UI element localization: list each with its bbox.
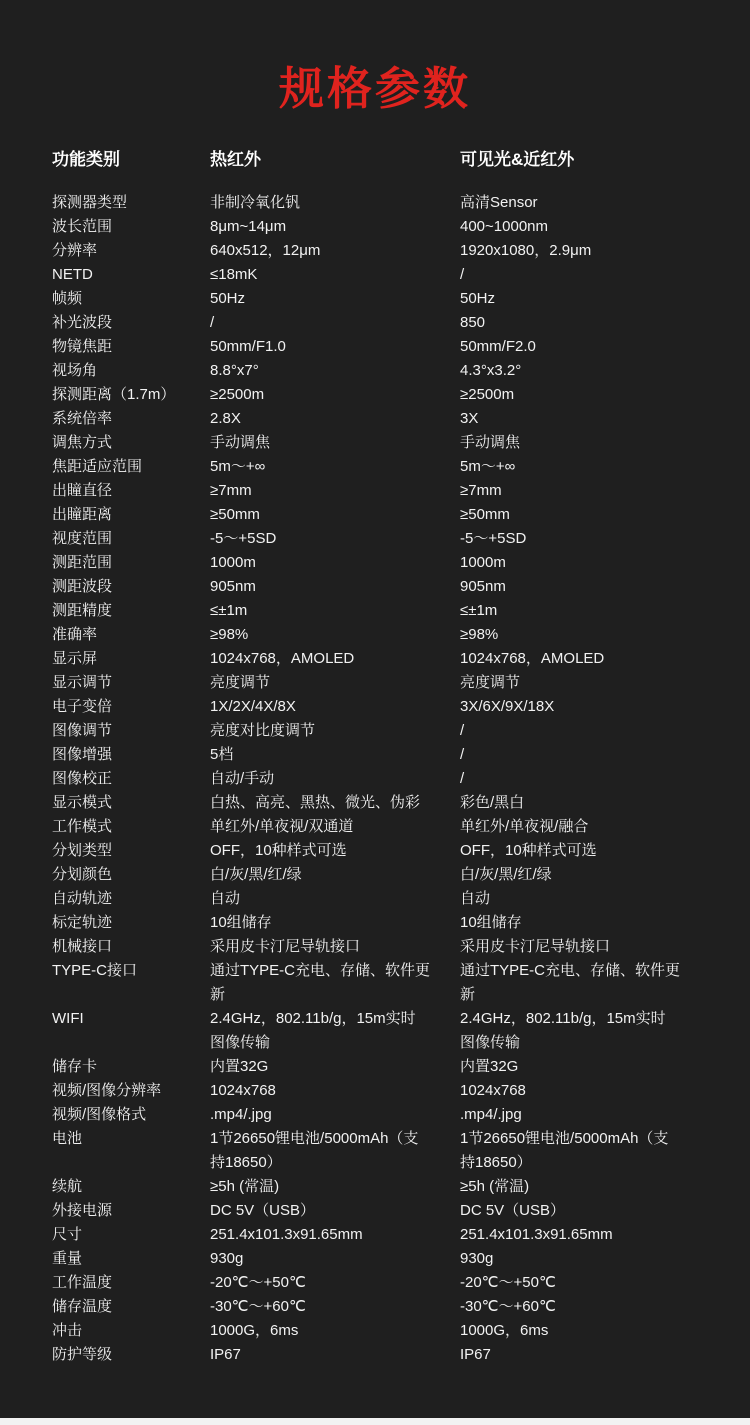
spec-value-visible: 3X/6X/9X/18X bbox=[460, 695, 724, 719]
spec-row: TYPE-C接口 通过TYPE-C充电、存储、软件更 新 通过TYPE-C充电、… bbox=[52, 959, 724, 1007]
spec-label: TYPE-C接口 bbox=[52, 959, 210, 1007]
spec-value-thermal: ≥7mm bbox=[210, 479, 460, 503]
spec-value-thermal: 通过TYPE-C充电、存储、软件更 新 bbox=[210, 959, 460, 1007]
spec-label: 显示屏 bbox=[52, 647, 210, 671]
spec-value-visible: ≥98% bbox=[460, 623, 724, 647]
spec-value-thermal: 2.8X bbox=[210, 407, 460, 431]
spec-value-visible: ≥7mm bbox=[460, 479, 724, 503]
spec-value-thermal: ≤18mK bbox=[210, 263, 460, 287]
spec-row: 工作温度 -20℃～+50℃ -20℃～+50℃ bbox=[52, 1271, 724, 1295]
spec-value-visible: 905nm bbox=[460, 575, 724, 599]
spec-label: WIFI bbox=[52, 1007, 210, 1055]
spec-label: 工作模式 bbox=[52, 815, 210, 839]
spec-label: 焦距适应范围 bbox=[52, 455, 210, 479]
spec-row: 显示调节 亮度调节 亮度调节 bbox=[52, 671, 724, 695]
spec-row: WIFI 2.4GHz，802.11b/g，15m实时 图像传输 2.4GHz，… bbox=[52, 1007, 724, 1055]
spec-value-visible: 5m～+∞ bbox=[460, 455, 724, 479]
spec-value-visible: IP67 bbox=[460, 1343, 724, 1367]
spec-label: 冲击 bbox=[52, 1319, 210, 1343]
spec-label: 电子变倍 bbox=[52, 695, 210, 719]
spec-label: 系统倍率 bbox=[52, 407, 210, 431]
spec-label: 图像增强 bbox=[52, 743, 210, 767]
spec-value-visible: 1000m bbox=[460, 551, 724, 575]
spec-row: 储存卡 内置32G 内置32G bbox=[52, 1055, 724, 1079]
spec-value-visible: / bbox=[460, 263, 724, 287]
spec-value-thermal: 930g bbox=[210, 1247, 460, 1271]
spec-row: 分辨率 640x512，12μm 1920x1080，2.9μm bbox=[52, 239, 724, 263]
spec-value-visible: 手动调焦 bbox=[460, 431, 724, 455]
spec-value-thermal: ≥2500m bbox=[210, 383, 460, 407]
spec-label: 机械接口 bbox=[52, 935, 210, 959]
spec-value-thermal: 采用皮卡汀尼导轨接口 bbox=[210, 935, 460, 959]
spec-value-visible: 3X bbox=[460, 407, 724, 431]
spec-label: NETD bbox=[52, 263, 210, 287]
spec-label: 图像校正 bbox=[52, 767, 210, 791]
spec-row: 储存温度 -30℃～+60℃ -30℃～+60℃ bbox=[52, 1295, 724, 1319]
spec-value-thermal: ≥98% bbox=[210, 623, 460, 647]
spec-value-visible: 1000G，6ms bbox=[460, 1319, 724, 1343]
spec-row: 外接电源 DC 5V（USB） DC 5V（USB） bbox=[52, 1199, 724, 1223]
spec-label: 重量 bbox=[52, 1247, 210, 1271]
spec-row: 电子变倍 1X/2X/4X/8X 3X/6X/9X/18X bbox=[52, 695, 724, 719]
spec-value-visible: 高清Sensor bbox=[460, 191, 724, 215]
spec-row: 自动轨迹 自动 自动 bbox=[52, 887, 724, 911]
column-header-thermal: 热红外 bbox=[210, 148, 460, 172]
spec-value-thermal: OFF，10种样式可选 bbox=[210, 839, 460, 863]
spec-value-thermal: 5档 bbox=[210, 743, 460, 767]
spec-value-visible: 1024x768，AMOLED bbox=[460, 647, 724, 671]
spec-value-thermal: 50mm/F1.0 bbox=[210, 335, 460, 359]
spec-value-thermal: 非制冷氧化钒 bbox=[210, 191, 460, 215]
spec-label: 探测器类型 bbox=[52, 191, 210, 215]
spec-row: 探测距离（1.7m） ≥2500m ≥2500m bbox=[52, 383, 724, 407]
spec-row: 测距范围 1000m 1000m bbox=[52, 551, 724, 575]
spec-value-thermal: ≥5h (常温) bbox=[210, 1175, 460, 1199]
spec-value-thermal: 1024x768，AMOLED bbox=[210, 647, 460, 671]
spec-value-thermal: / bbox=[210, 311, 460, 335]
spec-value-visible: ≥50mm bbox=[460, 503, 724, 527]
spec-label: 视频/图像分辨率 bbox=[52, 1079, 210, 1103]
spec-label: 储存卡 bbox=[52, 1055, 210, 1079]
spec-row: 分划颜色 白/灰/黑/红/绿 白/灰/黑/红/绿 bbox=[52, 863, 724, 887]
column-header-visible: 可见光&近红外 bbox=[460, 148, 724, 172]
spec-value-thermal: ≤±1m bbox=[210, 599, 460, 623]
spec-row: 机械接口 采用皮卡汀尼导轨接口 采用皮卡汀尼导轨接口 bbox=[52, 935, 724, 959]
spec-row: 视频/图像分辨率 1024x768 1024x768 bbox=[52, 1079, 724, 1103]
column-header-category: 功能类别 bbox=[52, 148, 210, 172]
spec-value-visible: -30℃～+60℃ bbox=[460, 1295, 724, 1319]
spec-row: 工作模式 单红外/单夜视/双通道 单红外/单夜视/融合 bbox=[52, 815, 724, 839]
spec-label: 分辨率 bbox=[52, 239, 210, 263]
spec-row: 视度范围 -5～+5SD -5～+5SD bbox=[52, 527, 724, 551]
spec-value-visible: OFF，10种样式可选 bbox=[460, 839, 724, 863]
spec-row: 探测器类型 非制冷氧化钒 高清Sensor bbox=[52, 191, 724, 215]
spec-row: 尺寸 251.4x101.3x91.65mm 251.4x101.3x91.65… bbox=[52, 1223, 724, 1247]
spec-value-visible: 1节26650锂电池/5000mAh（支 持18650） bbox=[460, 1127, 724, 1175]
spec-page: 规格参数 功能类别 热红外 可见光&近红外 探测器类型 非制冷氧化钒 高清Sen… bbox=[0, 0, 750, 1367]
spec-value-visible: 850 bbox=[460, 311, 724, 335]
spec-value-thermal: .mp4/.jpg bbox=[210, 1103, 460, 1127]
spec-row: 视场角 8.8°x7° 4.3°x3.2° bbox=[52, 359, 724, 383]
spec-row: 准确率 ≥98% ≥98% bbox=[52, 623, 724, 647]
spec-value-thermal: 手动调焦 bbox=[210, 431, 460, 455]
spec-value-visible: -5～+5SD bbox=[460, 527, 724, 551]
spec-label: 分划颜色 bbox=[52, 863, 210, 887]
spec-value-thermal: DC 5V（USB） bbox=[210, 1199, 460, 1223]
spec-row: 系统倍率 2.8X 3X bbox=[52, 407, 724, 431]
spec-value-visible: ≤±1m bbox=[460, 599, 724, 623]
spec-value-visible: 4.3°x3.2° bbox=[460, 359, 724, 383]
spec-value-thermal: 8.8°x7° bbox=[210, 359, 460, 383]
spec-label: 出瞳距离 bbox=[52, 503, 210, 527]
spec-value-thermal: 白热、高亮、黑热、微光、伪彩 bbox=[210, 791, 460, 815]
spec-row: 帧频 50Hz 50Hz bbox=[52, 287, 724, 311]
spec-row: NETD ≤18mK / bbox=[52, 263, 724, 287]
spec-value-thermal: 5m～+∞ bbox=[210, 455, 460, 479]
spec-row: 补光波段 / 850 bbox=[52, 311, 724, 335]
spec-value-thermal: 1024x768 bbox=[210, 1079, 460, 1103]
spec-value-thermal: 8μm~14μm bbox=[210, 215, 460, 239]
spec-row: 调焦方式 手动调焦 手动调焦 bbox=[52, 431, 724, 455]
spec-label: 标定轨迹 bbox=[52, 911, 210, 935]
spec-label: 测距精度 bbox=[52, 599, 210, 623]
spec-value-visible: / bbox=[460, 743, 724, 767]
spec-value-visible: 251.4x101.3x91.65mm bbox=[460, 1223, 724, 1247]
spec-row: 图像增强 5档 / bbox=[52, 743, 724, 767]
spec-value-thermal: 1节26650锂电池/5000mAh（支 持18650） bbox=[210, 1127, 460, 1175]
spec-value-thermal: 50Hz bbox=[210, 287, 460, 311]
spec-row: 物镜焦距 50mm/F1.0 50mm/F2.0 bbox=[52, 335, 724, 359]
spec-label: 视频/图像格式 bbox=[52, 1103, 210, 1127]
spec-value-visible: 通过TYPE-C充电、存储、软件更 新 bbox=[460, 959, 724, 1007]
spec-row: 电池 1节26650锂电池/5000mAh（支 持18650） 1节26650锂… bbox=[52, 1127, 724, 1175]
spec-label: 测距波段 bbox=[52, 575, 210, 599]
spec-label: 自动轨迹 bbox=[52, 887, 210, 911]
spec-value-thermal: 1X/2X/4X/8X bbox=[210, 695, 460, 719]
spec-value-thermal: 单红外/单夜视/双通道 bbox=[210, 815, 460, 839]
spec-value-thermal: -5～+5SD bbox=[210, 527, 460, 551]
page-title: 规格参数 bbox=[0, 0, 750, 117]
spec-value-thermal: IP67 bbox=[210, 1343, 460, 1367]
spec-label: 尺寸 bbox=[52, 1223, 210, 1247]
spec-value-thermal: 251.4x101.3x91.65mm bbox=[210, 1223, 460, 1247]
spec-row: 续航 ≥5h (常温) ≥5h (常温) bbox=[52, 1175, 724, 1199]
spec-value-visible: 单红外/单夜视/融合 bbox=[460, 815, 724, 839]
spec-value-thermal: 1000m bbox=[210, 551, 460, 575]
spec-label: 图像调节 bbox=[52, 719, 210, 743]
spec-value-thermal: ≥50mm bbox=[210, 503, 460, 527]
spec-row: 测距波段 905nm 905nm bbox=[52, 575, 724, 599]
spec-value-visible: 自动 bbox=[460, 887, 724, 911]
spec-label: 物镜焦距 bbox=[52, 335, 210, 359]
spec-row: 分划类型 OFF，10种样式可选 OFF，10种样式可选 bbox=[52, 839, 724, 863]
spec-value-thermal: 640x512，12μm bbox=[210, 239, 460, 263]
spec-row: 标定轨迹 10组储存 10组储存 bbox=[52, 911, 724, 935]
spec-label: 外接电源 bbox=[52, 1199, 210, 1223]
spec-value-thermal: 亮度对比度调节 bbox=[210, 719, 460, 743]
spec-row: 出瞳距离 ≥50mm ≥50mm bbox=[52, 503, 724, 527]
spec-label: 调焦方式 bbox=[52, 431, 210, 455]
spec-row: 波长范围 8μm~14μm 400~1000nm bbox=[52, 215, 724, 239]
spec-value-visible: .mp4/.jpg bbox=[460, 1103, 724, 1127]
spec-value-visible: 采用皮卡汀尼导轨接口 bbox=[460, 935, 724, 959]
spec-value-visible: 内置32G bbox=[460, 1055, 724, 1079]
spec-label: 储存温度 bbox=[52, 1295, 210, 1319]
spec-value-visible: 1920x1080，2.9μm bbox=[460, 239, 724, 263]
spec-value-visible: 930g bbox=[460, 1247, 724, 1271]
spec-label: 帧频 bbox=[52, 287, 210, 311]
spec-value-visible: 白/灰/黑/红/绿 bbox=[460, 863, 724, 887]
spec-label: 电池 bbox=[52, 1127, 210, 1175]
spec-label: 显示调节 bbox=[52, 671, 210, 695]
spec-value-visible: / bbox=[460, 767, 724, 791]
spec-row: 防护等级 IP67 IP67 bbox=[52, 1343, 724, 1367]
spec-value-thermal: 905nm bbox=[210, 575, 460, 599]
spec-row: 冲击 1000G，6ms 1000G，6ms bbox=[52, 1319, 724, 1343]
spec-value-visible: / bbox=[460, 719, 724, 743]
spec-value-visible: 10组储存 bbox=[460, 911, 724, 935]
spec-row: 重量 930g 930g bbox=[52, 1247, 724, 1271]
spec-label: 波长范围 bbox=[52, 215, 210, 239]
spec-value-visible: 400~1000nm bbox=[460, 215, 724, 239]
spec-row: 图像校正 自动/手动 / bbox=[52, 767, 724, 791]
bottom-strip bbox=[0, 1418, 750, 1425]
spec-value-visible: 50mm/F2.0 bbox=[460, 335, 724, 359]
spec-value-thermal: -30℃～+60℃ bbox=[210, 1295, 460, 1319]
spec-row: 显示屏 1024x768，AMOLED 1024x768，AMOLED bbox=[52, 647, 724, 671]
spec-row: 图像调节 亮度对比度调节 / bbox=[52, 719, 724, 743]
spec-value-visible: 亮度调节 bbox=[460, 671, 724, 695]
spec-value-thermal: 亮度调节 bbox=[210, 671, 460, 695]
spec-value-thermal: 1000G，6ms bbox=[210, 1319, 460, 1343]
spec-label: 测距范围 bbox=[52, 551, 210, 575]
spec-value-thermal: 内置32G bbox=[210, 1055, 460, 1079]
spec-value-visible: 2.4GHz，802.11b/g，15m实时 图像传输 bbox=[460, 1007, 724, 1055]
spec-value-thermal: 自动/手动 bbox=[210, 767, 460, 791]
spec-value-thermal: -20℃～+50℃ bbox=[210, 1271, 460, 1295]
spec-label: 补光波段 bbox=[52, 311, 210, 335]
spec-label: 视度范围 bbox=[52, 527, 210, 551]
spec-value-thermal: 10组储存 bbox=[210, 911, 460, 935]
spec-value-visible: ≥2500m bbox=[460, 383, 724, 407]
spec-value-visible: 1024x768 bbox=[460, 1079, 724, 1103]
spec-value-visible: ≥5h (常温) bbox=[460, 1175, 724, 1199]
table-body: 探测器类型 非制冷氧化钒 高清Sensor 波长范围 8μm~14μm 400~… bbox=[52, 191, 724, 1367]
spec-label: 准确率 bbox=[52, 623, 210, 647]
spec-value-visible: DC 5V（USB） bbox=[460, 1199, 724, 1223]
spec-value-visible: 彩色/黑白 bbox=[460, 791, 724, 815]
spec-row: 视频/图像格式 .mp4/.jpg .mp4/.jpg bbox=[52, 1103, 724, 1127]
spec-row: 显示模式 白热、高亮、黑热、微光、伪彩 彩色/黑白 bbox=[52, 791, 724, 815]
spec-table: 功能类别 热红外 可见光&近红外 探测器类型 非制冷氧化钒 高清Sensor 波… bbox=[52, 148, 724, 1367]
spec-value-thermal: 自动 bbox=[210, 887, 460, 911]
spec-value-visible: 50Hz bbox=[460, 287, 724, 311]
spec-value-thermal: 白/灰/黑/红/绿 bbox=[210, 863, 460, 887]
spec-label: 分划类型 bbox=[52, 839, 210, 863]
spec-label: 视场角 bbox=[52, 359, 210, 383]
spec-label: 防护等级 bbox=[52, 1343, 210, 1367]
spec-label: 工作温度 bbox=[52, 1271, 210, 1295]
spec-row: 焦距适应范围 5m～+∞ 5m～+∞ bbox=[52, 455, 724, 479]
spec-row: 测距精度 ≤±1m ≤±1m bbox=[52, 599, 724, 623]
spec-row: 出瞳直径 ≥7mm ≥7mm bbox=[52, 479, 724, 503]
spec-label: 续航 bbox=[52, 1175, 210, 1199]
spec-label: 显示模式 bbox=[52, 791, 210, 815]
spec-value-visible: -20℃～+50℃ bbox=[460, 1271, 724, 1295]
table-header-row: 功能类别 热红外 可见光&近红外 bbox=[52, 148, 724, 172]
spec-value-thermal: 2.4GHz，802.11b/g，15m实时 图像传输 bbox=[210, 1007, 460, 1055]
spec-label: 探测距离（1.7m） bbox=[52, 383, 210, 407]
spec-label: 出瞳直径 bbox=[52, 479, 210, 503]
